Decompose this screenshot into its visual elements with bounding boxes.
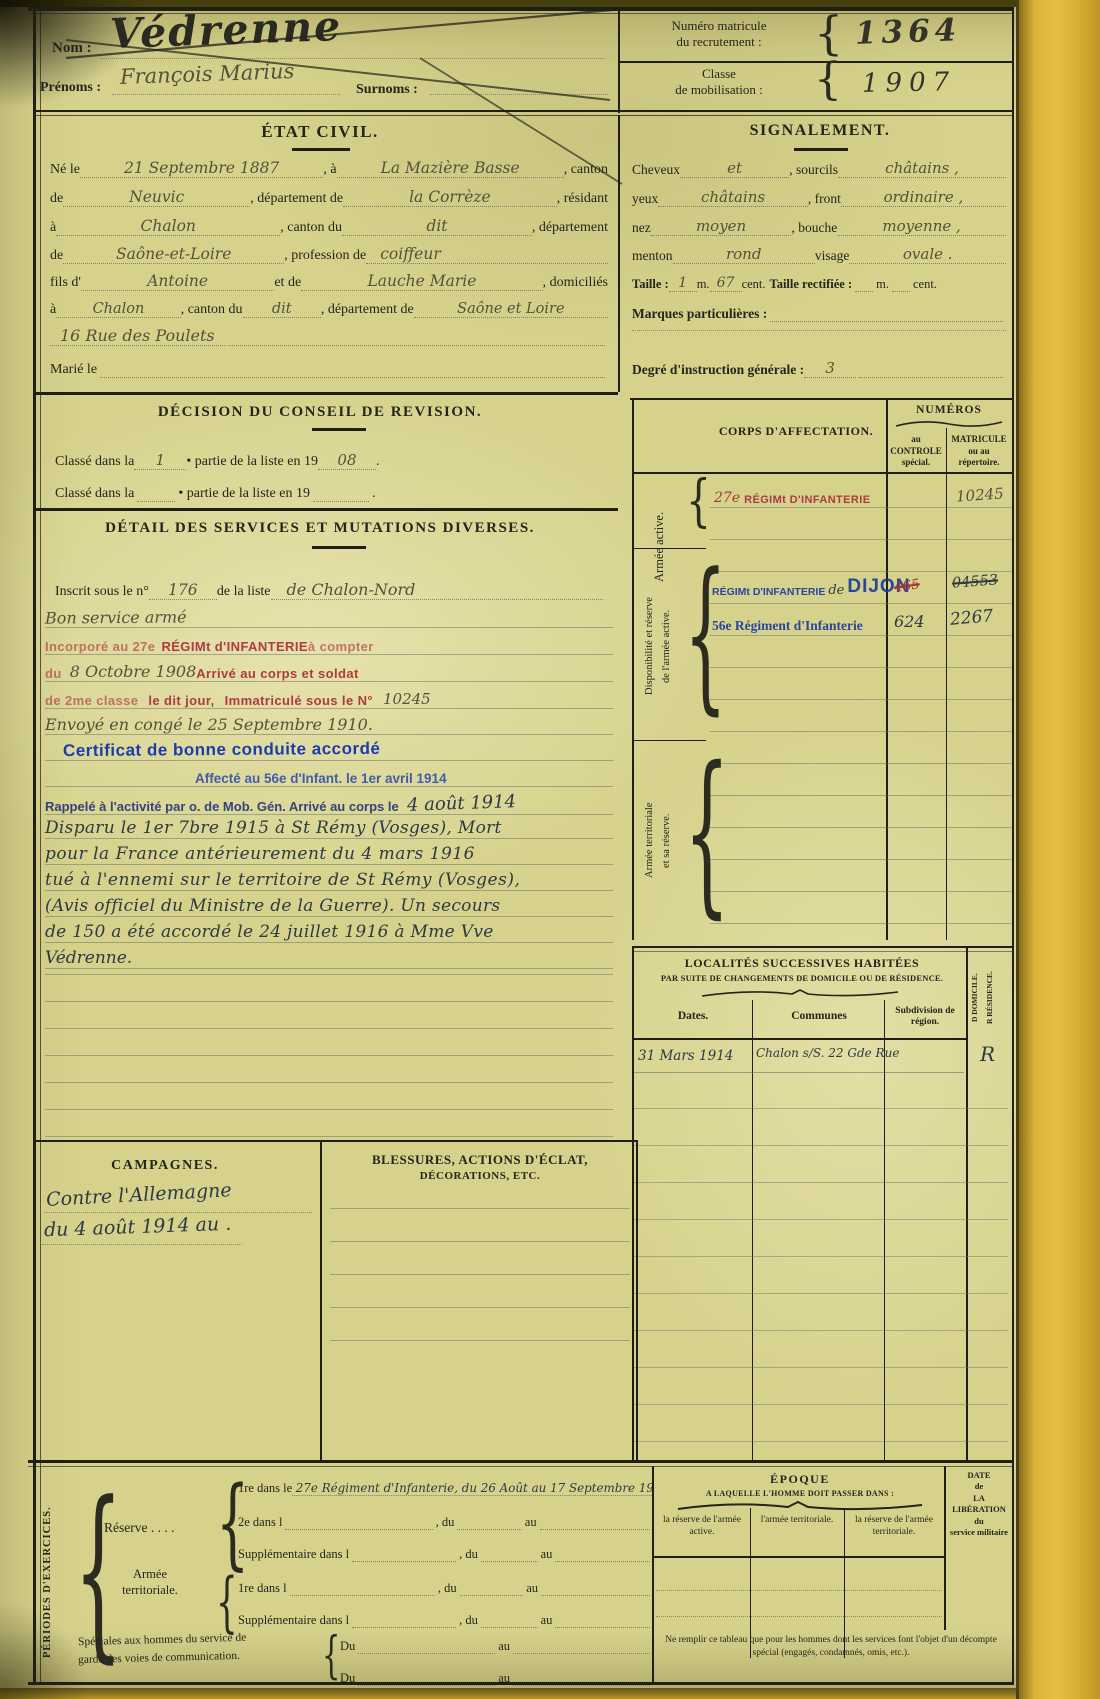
- father-name-value: Antoine: [81, 272, 274, 291]
- disponibilite-label-1: Disponibilité et réserve: [644, 556, 659, 736]
- blessures-blank-lines: [330, 1176, 630, 1344]
- corps-row-1: 27e RÉGIMt D'INFANTERIE: [714, 486, 884, 506]
- blank-fill: [358, 1662, 495, 1686]
- controle-header: au CONTROLE spécial.: [888, 434, 944, 469]
- corps-table-left: [632, 398, 634, 940]
- domicile-vertical-label: D DOMICILE.: [970, 950, 983, 1045]
- m-unit: m.: [876, 277, 889, 292]
- brace-decoration: {: [322, 1630, 340, 1680]
- premiere-dans-label: 1re dans l: [238, 1581, 287, 1596]
- column-divider: [618, 115, 620, 392]
- residence-departement-value: Saône-et-Loire: [63, 245, 284, 264]
- services-line-disparu-1: Disparu le 1er 7bre 1915 à St Rémy (Vosg…: [45, 812, 613, 839]
- profession-value: coiffeur: [366, 245, 608, 264]
- departement-label: , département de: [250, 191, 343, 207]
- blank-fill: [290, 1572, 435, 1596]
- epoque-subtitle: A LAQUELLE L'HOMME DOIT PASSER DANS :: [654, 1489, 946, 1498]
- a-label: , à: [323, 162, 336, 178]
- frame-right-line: [1012, 7, 1014, 1685]
- residant-label: , résidant: [557, 191, 608, 207]
- blessures-title-line1: BLESSURES, ACTIONS D'ÉCLAT,: [328, 1152, 632, 1168]
- cent-unit: cent.: [913, 277, 937, 292]
- canton-value: Neuvic: [63, 188, 250, 207]
- matricule-label: Numéro matricule du recrutement :: [628, 18, 810, 51]
- canton-dit-value: dit: [342, 217, 532, 236]
- campagnes-blessures-divider: [320, 1140, 322, 1462]
- localites-table-top-thin: [632, 951, 1014, 952]
- garde-voies-periode-1: Du au: [340, 1630, 653, 1654]
- yeux-label: yeux: [632, 191, 658, 207]
- epoque-header-underline: [652, 1556, 944, 1558]
- periodes-vertical-label: PÉRIODES D'EXERCICES.: [42, 1498, 60, 1666]
- birth-place-value: La Mazière Basse: [337, 159, 564, 178]
- epoque-blank-rule: [656, 1616, 942, 1617]
- visage-value: ovale .: [849, 245, 1006, 264]
- stamp-classe: de 2me classe: [45, 693, 138, 708]
- stamp-regiment: RÉGIMt d'INFANTERIE: [161, 639, 307, 654]
- front-label: , front: [808, 191, 841, 207]
- blank-fill: [358, 1630, 495, 1654]
- date-incorporation-value: 8 Octobre 1908: [70, 662, 197, 681]
- disparu-line-2: pour la France antérieurement du 4 mars …: [45, 844, 475, 864]
- residence-value: Chalon: [56, 217, 280, 236]
- partie-liste-label: • partie de la liste en 19: [186, 454, 318, 470]
- signalement-line-4: menton rond visage ovale .: [632, 240, 1006, 264]
- au-label: au: [541, 1613, 553, 1628]
- decision-title-bar: [312, 428, 366, 431]
- signalement-line-5: Taille : 1 m. 67 cent. Taille rectifiée …: [632, 268, 1006, 292]
- localites-row-date: 31 Mars 1914: [638, 1048, 733, 1064]
- classe-label-line2: de mobilisation :: [675, 82, 762, 97]
- period-label: .: [372, 486, 376, 502]
- armee-label-line2: territoriale.: [122, 1583, 178, 1597]
- du-label: , du: [459, 1613, 478, 1628]
- classe-label-line1: Classe: [702, 66, 736, 81]
- blank-fill: [555, 1538, 650, 1562]
- departement-label: , département: [532, 220, 608, 236]
- departement-de-label: , département de: [321, 302, 414, 318]
- matricule-label-line2: du recrutement :: [676, 34, 761, 49]
- de-handwritten: de: [828, 583, 844, 598]
- section-divider: [34, 392, 618, 395]
- liste-partie-value: 1: [134, 451, 186, 470]
- du-label: , du: [436, 1515, 455, 1530]
- profession-label: , profession de: [284, 248, 366, 264]
- m-unit: m.: [697, 277, 710, 292]
- de-label: de: [50, 248, 63, 264]
- bracket-squiggle: [700, 988, 900, 998]
- stamp-arrive-corps: Arrivé au corps et soldat: [196, 666, 358, 681]
- epoque-title: ÉPOQUE: [654, 1472, 946, 1487]
- signalement-line-1: Cheveux et , sourcils châtains ,: [632, 154, 1006, 178]
- subdivision-col-header: Subdivision de région.: [886, 1006, 964, 1029]
- bouche-label: , bouche: [791, 220, 837, 236]
- signalement-title-bar: [794, 148, 848, 151]
- disparu-line-3: tué à l'ennemi sur le territoire de St R…: [45, 870, 520, 890]
- premiere-dans-label: 1re dans le: [238, 1481, 292, 1496]
- front-value: ordinaire ,: [841, 188, 1006, 207]
- etat-civil-line-8: Marié le: [50, 354, 608, 378]
- services-inscrit-line: Inscrit sous le n° 176 de la liste de Ch…: [55, 574, 603, 600]
- territoriale-periode-supplementaire: Supplémentaire dans l , du au: [238, 1604, 653, 1628]
- header-bottom-line-thin: [34, 115, 1014, 116]
- etat-civil-title-bar: [292, 148, 350, 151]
- bottom-table-top: [28, 1460, 1014, 1463]
- corps-row-lines: [710, 476, 1012, 934]
- etat-civil-line-3: à Chalon , canton du dit , département: [50, 212, 608, 236]
- blank-fill: [541, 1572, 650, 1596]
- blank-fill: [228, 322, 605, 346]
- menton-value: rond: [673, 245, 815, 264]
- decision-line-1: Classé dans la 1 • partie de la liste en…: [55, 446, 590, 470]
- matricule-10245: 10245: [955, 484, 1004, 505]
- stamp-le-dit-jour: le dit jour,: [148, 693, 214, 708]
- du-label: Du: [340, 1671, 355, 1686]
- armee-label-line1: Armée: [133, 1567, 167, 1581]
- date-liberation-header: DATE de LA LIBÉRATION du service militai…: [948, 1470, 1010, 1539]
- services-line-bon-service: Bon service armé: [45, 601, 613, 628]
- brace-decoration: {: [814, 10, 843, 56]
- campagnes-rule-2: [42, 1244, 242, 1245]
- inscrit-label: Inscrit sous le n°: [55, 584, 149, 600]
- services-title: DÉTAIL DES SERVICES ET MUTATIONS DIVERSE…: [60, 520, 580, 537]
- bracket-squiggle: [676, 1500, 924, 1512]
- bracket-squiggle: [894, 418, 1004, 428]
- epoque-left-border: [652, 1466, 654, 1684]
- taille-cm-value: 67: [710, 275, 742, 292]
- controle-624: 624: [894, 612, 925, 631]
- frame-left-line: [33, 7, 36, 1685]
- stamp-affecte: Affecté au 56e d'Infant. le 1er avril 19…: [195, 771, 447, 786]
- dates-col-header: Dates.: [634, 1010, 752, 1022]
- signalement-line-7: Degré d'instruction générale : 3: [632, 354, 1006, 378]
- localites-title: LOCALITÉS SUCCESSIVES HABITÉES: [644, 956, 960, 971]
- services-line-disparu-5: de 150 a été accordé le 24 juillet 1916 …: [45, 916, 613, 943]
- scan-edge-bottom: [0, 1688, 1016, 1699]
- localites-blank-rows: [634, 1072, 1008, 1452]
- disponibilite-label-2: de l'armée active.: [661, 556, 676, 736]
- corps-table-top: [630, 398, 1014, 400]
- signalement-line-3: nez moyen , bouche moyenne ,: [632, 212, 1006, 236]
- corps-affectation-header: CORPS D'AFFECTATION.: [706, 424, 886, 439]
- etat-civil-line-4: de Saône-et-Loire , profession de coiffe…: [50, 240, 608, 264]
- regiment-27-stamp: RÉGIMt D'INFANTERIE: [744, 494, 870, 506]
- au-label: au: [526, 1581, 538, 1596]
- blank-fill: [285, 1506, 432, 1530]
- degre-instruction-label: Degré d'instruction générale :: [632, 362, 804, 378]
- regiment-dijon-stamp: RÉGIMt D'INFANTERIE: [712, 586, 825, 598]
- nez-label: nez: [632, 220, 651, 236]
- taille-m-value: 1: [669, 275, 697, 292]
- territoriale-periode-1: 1re dans l , du au: [238, 1572, 653, 1596]
- matricule-04553-struck: 04553: [951, 572, 998, 591]
- epoque-col2-header: l'armée territoriale.: [752, 1514, 842, 1526]
- campagnes-top-line: [34, 1140, 636, 1142]
- corps-row-2: RÉGIMt D'INFANTERIE de DIJON: [712, 574, 884, 598]
- epoque-note: Ne remplir ce tableau que pour les homme…: [656, 1634, 1006, 1661]
- blank-rule: [632, 330, 1006, 331]
- blank-fill: [855, 268, 873, 292]
- services-line-rappele: Rappelé à l'activité par o. de Mob. Gén.…: [45, 786, 613, 815]
- blank-fill: [137, 478, 175, 502]
- etat-civil-title: ÉTAT CIVIL.: [140, 122, 500, 142]
- localites-row-commune: Chalon s/S. 22 Gde Rue: [756, 1046, 899, 1060]
- reserve-periode-1: 1re dans le 27e Régiment d'Infanterie, d…: [238, 1472, 653, 1496]
- deuxieme-dans-label: 2e dans l: [238, 1515, 282, 1530]
- menton-label: menton: [632, 248, 673, 264]
- ne-le-label: Né le: [50, 162, 80, 178]
- canton-du-label: , canton du: [181, 302, 243, 318]
- partie-liste-label: • partie de la liste en 19: [178, 486, 310, 502]
- departement-value: la Corrèze: [343, 188, 557, 207]
- stamp-immatricule: Immatriculé sous le N°: [225, 693, 373, 708]
- blank-fill: [460, 1572, 524, 1596]
- signalement-line-2: yeux châtains , front ordinaire ,: [632, 183, 1006, 207]
- cent-unit: cent.: [742, 277, 766, 292]
- blank-ruled-lines: [45, 948, 613, 1138]
- matricule-value: 1364: [854, 12, 961, 52]
- services-line-disparu-4: (Avis officiel du Ministre de la Guerre)…: [45, 890, 613, 917]
- services-line-disparu-2: pour la France antérieurement du 4 mars …: [45, 838, 613, 865]
- classe-value: 1907: [862, 67, 957, 99]
- stamp-certificat: Certificat de bonne conduite accordé: [63, 739, 381, 761]
- liste-annee-value: 08: [318, 451, 376, 470]
- parents-departement-value: Saône et Loire: [414, 301, 608, 318]
- matricule-2267: 2267: [949, 606, 994, 630]
- taille-rectifiee-label: Taille rectifiée :: [770, 277, 853, 292]
- supplementaire-dans-label: Supplémentaire dans l: [238, 1547, 349, 1562]
- decision-line-2: Classé dans la • partie de la liste en 1…: [55, 478, 590, 502]
- numeros-header: NUMÉROS: [886, 404, 1012, 416]
- sourcils-value: châtains ,: [838, 159, 1006, 178]
- decision-title: DÉCISION DU CONSEIL DE REVISION.: [60, 404, 580, 421]
- blank-fill: [352, 1538, 456, 1562]
- blank-fill: [481, 1538, 538, 1562]
- epoque-col3-header: la réserve de l'armée territoriale.: [846, 1514, 942, 1539]
- au-label: au: [525, 1515, 537, 1530]
- blank-fill: [859, 354, 1003, 378]
- campagnes-rule-1: [44, 1212, 312, 1213]
- signalement-title: SIGNALEMENT.: [700, 122, 940, 140]
- marques-label: Marques particulières :: [632, 306, 767, 322]
- reserve-periode-supplementaire: Supplémentaire dans l , du au: [238, 1538, 653, 1562]
- nez-value: moyen: [651, 217, 792, 236]
- domicilies-label: , domiciliés: [543, 275, 608, 291]
- du-label: , du: [459, 1547, 478, 1562]
- blank-fill: [313, 478, 369, 502]
- reserve-periode-2: 2e dans l , du au: [238, 1506, 653, 1530]
- blank-fill: [555, 1604, 650, 1628]
- stamp-incorpore: Incorporé au 27e: [45, 639, 155, 654]
- blank-fill: [513, 1630, 650, 1654]
- classe-dans-label: Classé dans la: [55, 454, 134, 470]
- blank-fill: [892, 268, 910, 292]
- localites-table-top: [632, 946, 1014, 948]
- services-line-disparu-3: tué à l'ennemi sur le territoire de St R…: [45, 864, 613, 891]
- section-divider: [34, 508, 618, 511]
- du-label: , du: [438, 1581, 457, 1596]
- du-label: Du: [340, 1639, 355, 1654]
- bouche-value: moyenne ,: [837, 217, 1006, 236]
- canton-label: , canton: [564, 162, 608, 178]
- blank-fill: [100, 354, 605, 378]
- campagnes-hw-line2: du 4 août 1914 au .: [44, 1213, 232, 1242]
- brace-decoration: {: [814, 58, 842, 102]
- stamp-du: du: [45, 666, 62, 681]
- cheveux-label: Cheveux: [632, 162, 680, 178]
- matricule-label-line1: Numéro matricule: [672, 18, 767, 33]
- services-line-immatricule: de 2me classe le dit jour, Immatriculé s…: [45, 682, 613, 709]
- blessures-right-border: [636, 1140, 638, 1462]
- services-line-affecte: Affecté au 56e d'Infant. le 1er avril 19…: [45, 760, 613, 787]
- au-label: au: [498, 1671, 510, 1686]
- et-de-label: et de: [274, 275, 301, 291]
- bon-service-value: Bon service armé: [45, 607, 187, 627]
- brace-decoration: {: [684, 744, 730, 920]
- au-label: au: [541, 1547, 553, 1562]
- de-label: de: [50, 191, 63, 207]
- bottom-table-top-thin: [28, 1466, 1014, 1467]
- de-la-liste-label: de la liste: [217, 584, 271, 600]
- disparu-line-4: (Avis officiel du Ministre de la Guerre)…: [45, 896, 500, 916]
- etat-civil-line-5: fils d' Antoine et de Lauche Marie , dom…: [50, 267, 608, 291]
- blank-fill: [481, 1604, 538, 1628]
- sourcils-label: , sourcils: [789, 162, 838, 178]
- mother-name-value: Lauche Marie: [301, 272, 543, 291]
- date-col-divider: [944, 1466, 946, 1630]
- fils-de-label: fils d': [50, 275, 81, 291]
- campagnes-title: CAMPAGNES.: [55, 1158, 275, 1174]
- services-line-incorpore: Incorporé au 27e RÉGIMt d'INFANTERIE à c…: [45, 628, 613, 655]
- inscrit-numero-value: 176: [149, 581, 217, 600]
- disparu-line-5: de 150 a été accordé le 24 juillet 1916 …: [45, 922, 494, 942]
- armee-territoriale-label-1: Armée territoriale: [644, 748, 659, 933]
- degre-instruction-value: 3: [804, 359, 856, 378]
- blank-fill: [457, 1506, 521, 1530]
- services-line-conge: Envoyé en congé le 25 Septembre 1910.: [45, 708, 613, 735]
- campagnes-hw-line1: Contre l'Allemagne: [46, 1179, 233, 1211]
- brace-decoration: {: [686, 474, 711, 530]
- communes-col-header: Communes: [754, 1010, 884, 1022]
- matricule-header: MATRICULE ou au répertoire.: [948, 434, 1010, 469]
- armee-territoriale-label-2: et sa réserve.: [661, 748, 676, 933]
- residence-vertical-label: R RÉSIDENCE.: [985, 950, 998, 1045]
- classe-label: Classe de mobilisation :: [628, 66, 810, 99]
- stamp-a-compter: à compter: [308, 639, 374, 654]
- parents-residence-value: Chalon: [56, 301, 181, 318]
- blank-fill: [513, 1662, 650, 1686]
- blank-fill: [770, 298, 1003, 322]
- epoque-blank-rule: [656, 1590, 942, 1591]
- blank-fill: [352, 1604, 456, 1628]
- etat-civil-line-2: de Neuvic , département de la Corrèze , …: [50, 183, 608, 207]
- address-value: 16 Rue des Poulets: [50, 326, 225, 346]
- matricule-corps-value: 10245: [383, 690, 431, 708]
- birth-date-value: 21 Septembre 1887: [80, 159, 323, 178]
- cheveux-value: et: [680, 159, 789, 178]
- header-bottom-line: [34, 110, 1014, 112]
- conge-value: Envoyé en congé le 25 Septembre 1910.: [45, 715, 373, 734]
- signalement-line-6: Marques particulières :: [632, 298, 1006, 322]
- regiment-27-num: 27e: [714, 490, 740, 506]
- canton-dit-value: dit: [243, 301, 321, 318]
- reserve-label: Réserve . . . .: [104, 1520, 174, 1536]
- liste-value: de Chalon-Nord: [271, 580, 603, 600]
- services-line-date-incorporation: du 8 Octobre 1908 Arrivé au corps et sol…: [45, 655, 613, 682]
- canton-du-label: , canton du: [280, 220, 342, 236]
- frame-left-line-thin: [40, 7, 41, 1685]
- blank-fill: [540, 1506, 650, 1530]
- services-title-bar: [312, 546, 366, 549]
- localites-header-underline: [632, 1038, 966, 1040]
- reserve-periode-1-value: 27e Régiment d'Infanterie, du 26 Août au…: [292, 1480, 653, 1496]
- garde-voies-periode-2: Du au: [340, 1662, 653, 1686]
- etat-civil-line-1: Né le 21 Septembre 1887 , à La Mazière B…: [50, 154, 608, 178]
- localites-subtitle: PAR SUITE DE CHANGEMENTS DE DOMICILE OU …: [644, 973, 960, 983]
- disparu-line-1: Disparu le 1er 7bre 1915 à St Rémy (Vosg…: [45, 818, 502, 838]
- marie-le-label: Marié le: [50, 362, 97, 378]
- epoque-col1-header: la réserve de l'armée active.: [656, 1514, 748, 1539]
- etat-civil-line-7: 16 Rue des Poulets: [50, 322, 608, 346]
- visage-label: visage: [815, 248, 850, 264]
- yeux-value: châtains: [658, 188, 808, 207]
- period-label: .: [376, 454, 380, 470]
- etat-civil-line-6: à Chalon , canton du dit , département d…: [50, 294, 608, 318]
- brace-decoration: {: [216, 1570, 238, 1635]
- scan-edge-right: [1016, 0, 1100, 1699]
- localites-row-dr: R: [980, 1042, 995, 1066]
- services-line-certificat: Certificat de bonne conduite accordé: [45, 734, 613, 761]
- classe-dans-label: Classé dans la: [55, 486, 134, 502]
- regiment-56-stamp: 56e Régiment d'Infanterie: [712, 618, 863, 634]
- taille-label: Taille :: [632, 277, 669, 292]
- military-record-sheet: Nom : Védrenne Prénoms : François Marius…: [0, 0, 1100, 1699]
- au-label: au: [498, 1639, 510, 1654]
- armee-territoriale-label: Armée territoriale.: [100, 1566, 200, 1599]
